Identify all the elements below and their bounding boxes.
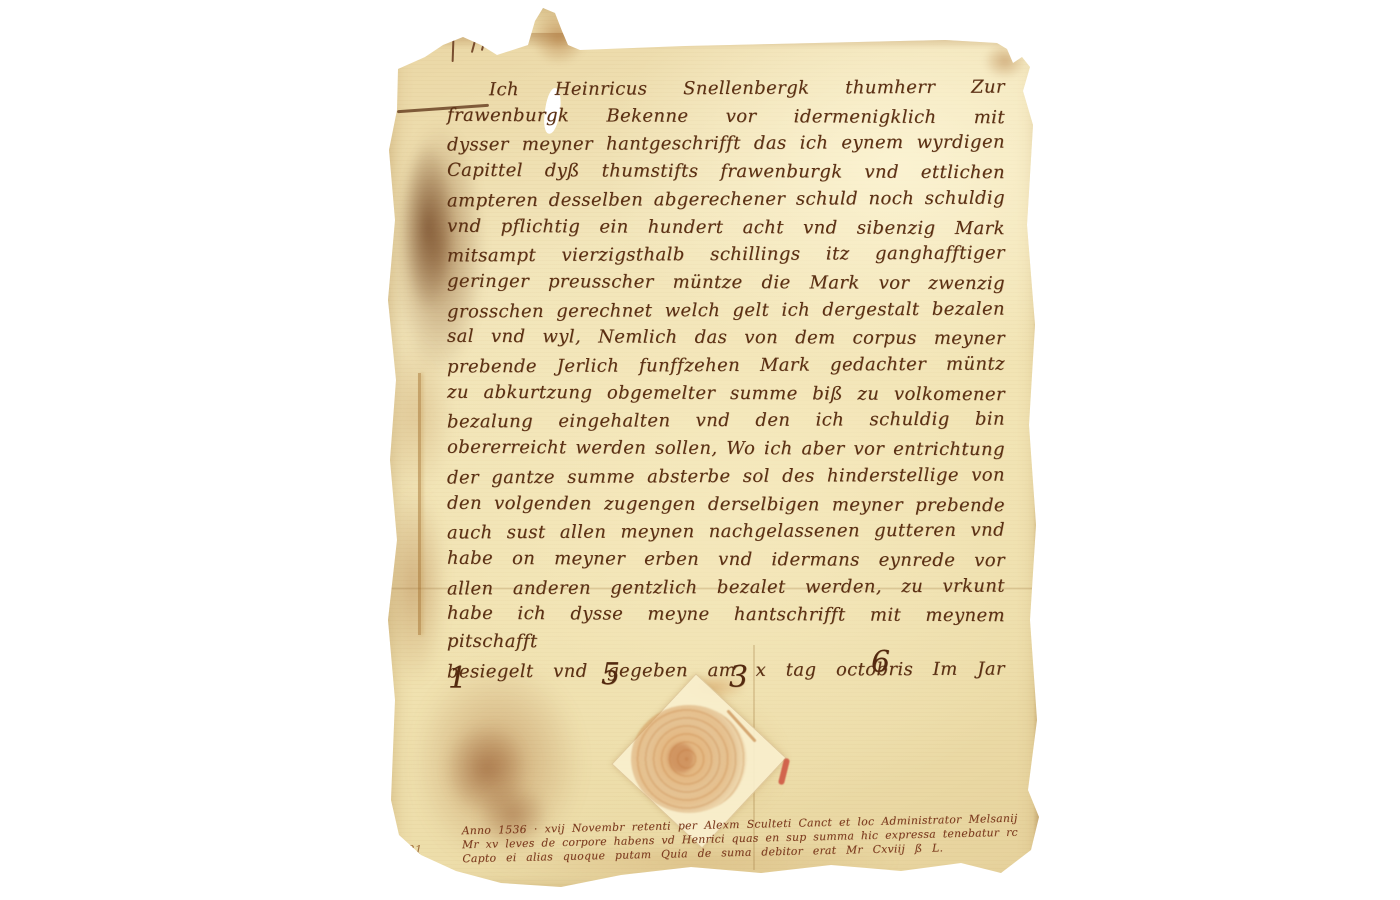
- water-stain: [381, 485, 447, 685]
- year-digit: 3: [729, 660, 748, 695]
- water-stain: [379, 335, 453, 495]
- year-digit: 1: [448, 661, 467, 696]
- handwritten-line: Ich Heinricus Snellenbergk thumherr Zur: [447, 74, 1005, 105]
- manuscript-page: Ich Heinricus Snellenbergk thumherr Zur …: [385, 5, 1045, 893]
- left-fold-edge: [418, 373, 421, 635]
- paper-edge-shading: [385, 33, 1045, 49]
- handwritten-line: dysser meyner hantgeschrifft das ich eyn…: [447, 129, 1005, 160]
- handwritten-line: Capittel dyß thumstifts frawenburgk vnd …: [447, 157, 1005, 187]
- handwritten-line: prebende Jerlich funffzehen Mark gedacht…: [447, 351, 1005, 382]
- archival-page-mark: 21: [407, 843, 422, 857]
- handwritten-line: mitsampt vierzigsthalb schillings itz ga…: [447, 240, 1005, 271]
- latin-annotation-block: Anno 1536 · xvij Novembr retenti per Ale…: [462, 812, 1019, 866]
- handwritten-line: vnd pflichtig ein hundert acht vnd siben…: [447, 212, 1005, 242]
- handwritten-line: zu abkurtzung obgemelter summe biß zu vo…: [447, 379, 1005, 409]
- pen-tick-mark: [452, 40, 455, 62]
- water-stain: [443, 723, 529, 815]
- handwritten-line: frawenburgk Bekenne vor idermenigklich m…: [447, 101, 1005, 131]
- year-digit: 6: [871, 645, 890, 680]
- handwritten-line: habe ich dysse meyne hantschrifft mit me…: [447, 600, 1005, 658]
- handwritten-line: geringer preusscher müntze die Mark vor …: [447, 268, 1005, 298]
- handwritten-line: der gantze summe absterbe sol des hinder…: [447, 461, 1005, 492]
- handwritten-line: habe on meyner erben vnd idermans eynred…: [447, 545, 1005, 575]
- wax-seal-center: [668, 743, 694, 773]
- handwritten-line: allen anderen gentzlich bezalet werden, …: [447, 572, 1005, 603]
- handwritten-line: obererreicht werden sollen, Wo ich aber …: [447, 434, 1005, 464]
- handwritten-line: ampteren desselben abgerechener schuld n…: [447, 184, 1005, 215]
- handwritten-text-block: Ich Heinricus Snellenbergk thumherr Zur …: [447, 75, 1005, 684]
- handwritten-line: bezalung eingehalten vnd den ich schuldi…: [447, 406, 1005, 437]
- handwritten-line: grosschen gerechnet welch gelt ich derge…: [447, 295, 1005, 326]
- handwritten-line: sal vnd wyl, Nemlich das von dem corpus …: [447, 323, 1005, 353]
- manuscript-scan: Ich Heinricus Snellenbergk thumherr Zur …: [0, 0, 1400, 900]
- handwritten-line: den volgenden zugengen derselbigen meyne…: [447, 489, 1005, 519]
- handwritten-line: besiegelt vnd gegeben am x tag octobris …: [447, 655, 1005, 686]
- paper-edge-shading: [1033, 5, 1045, 893]
- handwritten-line: auch sust allen meynen nachgelassenen gu…: [447, 517, 1005, 548]
- year-digit: 5: [601, 657, 620, 692]
